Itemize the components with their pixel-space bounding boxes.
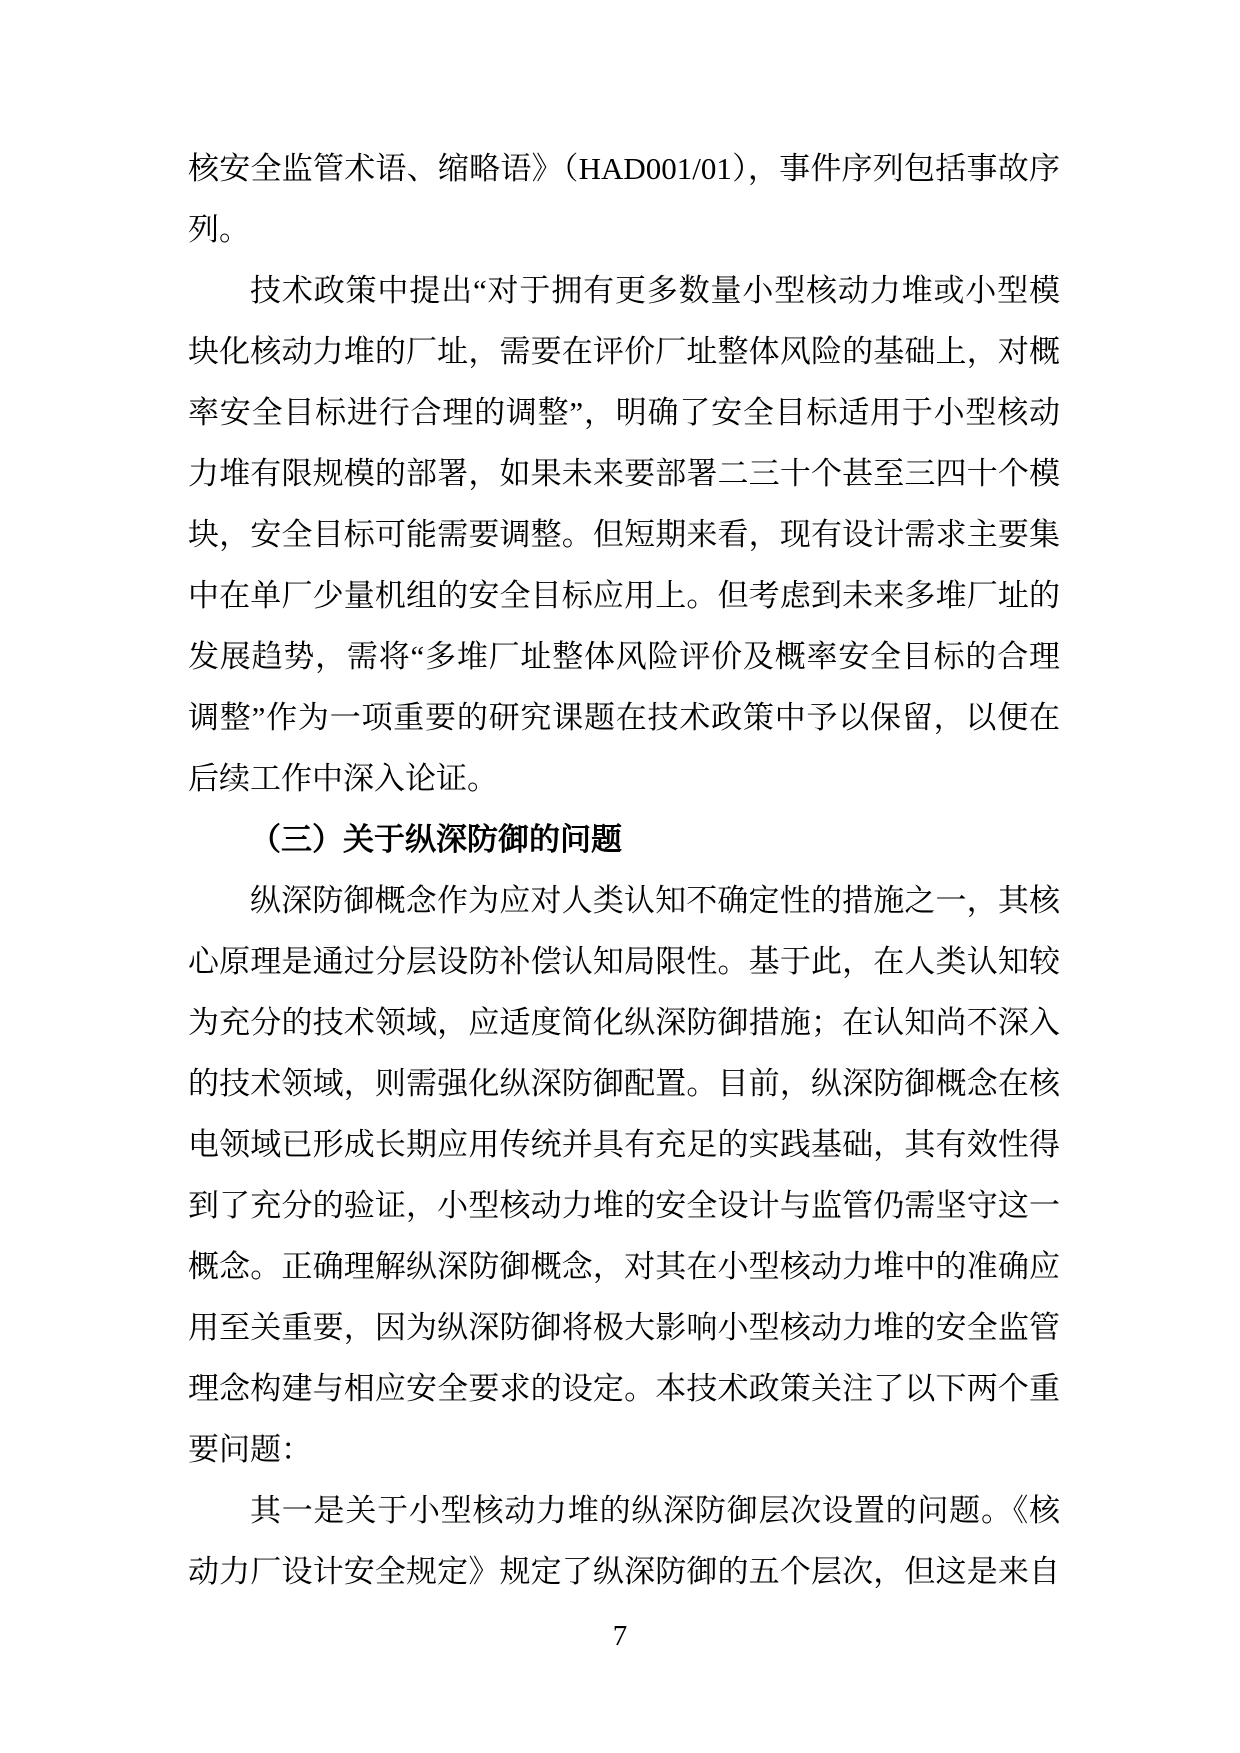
text-line: 技术政策中提出“对于拥有更多数量小型核动力堆或小型模 xyxy=(188,260,1060,321)
text-line: 理念构建与相应安全要求的设定。本技术政策关注了以下两个重 xyxy=(188,1358,1060,1419)
text-line: 列。 xyxy=(188,199,1060,260)
text-line: 为充分的技术领域，应适度简化纵深防御措施；在认知尚不深入 xyxy=(188,992,1060,1053)
text-line: 动力厂设计安全规定》规定了纵深防御的五个层次，但这是来自 xyxy=(188,1541,1060,1602)
page-body-text: 核安全监管术语、缩略语》（HAD001/01），事件序列包括事故序 列。 技术政… xyxy=(188,138,1060,1602)
text-line: 力堆有限规模的部署，如果未来要部署二三十个甚至三四十个模 xyxy=(188,443,1060,504)
text-line: 块化核动力堆的厂址，需要在评价厂址整体风险的基础上，对概 xyxy=(188,321,1060,382)
text-line: 纵深防御概念作为应对人类认知不确定性的措施之一，其核 xyxy=(188,870,1060,931)
text-line: 核安全监管术语、缩略语》（HAD001/01），事件序列包括事故序 xyxy=(188,138,1060,199)
text-line: 其一是关于小型核动力堆的纵深防御层次设置的问题。《核 xyxy=(188,1480,1060,1541)
section-heading: （三）关于纵深防御的问题 xyxy=(188,809,1060,870)
text-line: 发展趋势，需将“多堆厂址整体风险评价及概率安全目标的合理 xyxy=(188,626,1060,687)
page-number: 7 xyxy=(0,1616,1240,1656)
text-line: 要问题： xyxy=(188,1419,1060,1480)
text-line: 块，安全目标可能需要调整。但短期来看，现有设计需求主要集 xyxy=(188,504,1060,565)
text-line: 中在单厂少量机组的安全目标应用上。但考虑到未来多堆厂址的 xyxy=(188,565,1060,626)
text-line: 到了充分的验证，小型核动力堆的安全设计与监管仍需坚守这一 xyxy=(188,1175,1060,1236)
text-line: 心原理是通过分层设防补偿认知局限性。基于此，在人类认知较 xyxy=(188,931,1060,992)
text-line: 调整”作为一项重要的研究课题在技术政策中予以保留，以便在 xyxy=(188,687,1060,748)
text-line: 率安全目标进行合理的调整”，明确了安全目标适用于小型核动 xyxy=(188,382,1060,443)
text-line: 后续工作中深入论证。 xyxy=(188,748,1060,809)
text-line: 电领域已形成长期应用传统并具有充足的实践基础，其有效性得 xyxy=(188,1114,1060,1175)
document-page: 核安全监管术语、缩略语》（HAD001/01），事件序列包括事故序 列。 技术政… xyxy=(0,0,1240,1753)
text-line: 的技术领域，则需强化纵深防御配置。目前，纵深防御概念在核 xyxy=(188,1053,1060,1114)
text-line: 概念。正确理解纵深防御概念，对其在小型核动力堆中的准确应 xyxy=(188,1236,1060,1297)
text-line: 用至关重要，因为纵深防御将极大影响小型核动力堆的安全监管 xyxy=(188,1297,1060,1358)
